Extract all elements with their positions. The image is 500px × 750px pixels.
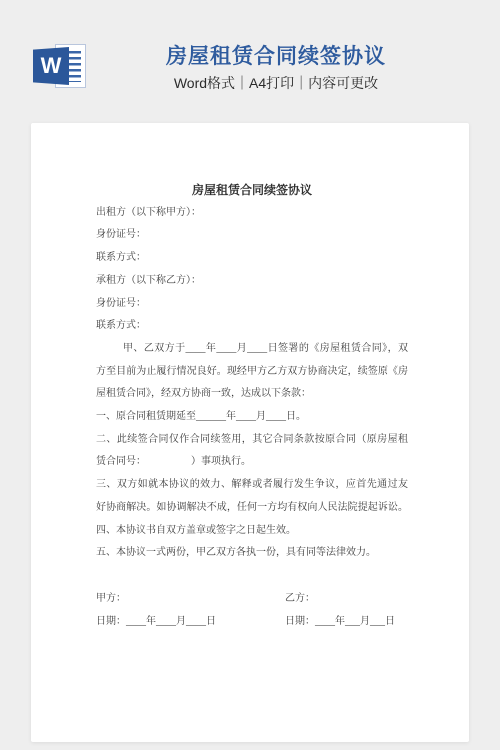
- document-body: 出租方（以下称甲方）： 身份证号： 联系方式： 承租方（以下称乙方）： 身份证号…: [96, 202, 408, 565]
- contract-clause-2-line-2: 赁合同号： ）事项执行。: [96, 451, 408, 474]
- contract-clause-4: 四、本协议书自双方盖章或签字之日起生效。: [96, 520, 408, 543]
- contract-clause-3-line-1: 三、双方如就本协议的效力、解释或者履行发生争议，应首先通过友: [96, 474, 408, 497]
- document-page: 房屋租赁合同续签协议 出租方（以下称甲方）： 身份证号： 联系方式： 承租方（以…: [31, 123, 469, 742]
- contract-line-lessor-id: 身份证号：: [96, 224, 408, 247]
- contract-preamble-line-2: 方至目前为止履行情况良好。现经甲方乙方双方协商决定，续签原《房: [96, 361, 408, 384]
- document-title: 房屋租赁合同续签协议: [96, 179, 408, 202]
- contract-clause-3-line-2: 好协商解决。如协调解决不成，任何一方均有权向人民法院提起诉讼。: [96, 497, 408, 520]
- signature-labels-row: 甲方： 乙方：: [96, 588, 408, 611]
- contract-line-lessee: 承租方（以下称乙方）：: [96, 270, 408, 293]
- contract-clause-5: 五、本协议一式两份，甲乙双方各执一份，具有同等法律效力。: [96, 542, 408, 565]
- signature-block: 甲方： 乙方： 日期：____年____月____日 日期：____年___月_…: [96, 588, 408, 633]
- signature-dates-row: 日期：____年____月____日 日期：____年___月___日: [96, 611, 408, 634]
- contract-preamble-line-3: 屋租赁合同》，经双方协商一致，达成以下条款：: [96, 383, 408, 406]
- signature-party-a-label: 甲方：: [96, 588, 285, 611]
- signature-party-a-date: 日期：____年____月____日: [96, 611, 285, 634]
- contract-preamble-line-1: 甲、乙双方于____年____月____日签署的《房屋租赁合同》，双: [96, 338, 408, 361]
- header: W 房屋租赁合同续签协议 Word格式｜A4打印｜内容可更改: [0, 0, 500, 123]
- contract-clause-1: 一、原合同租赁期延至______年____月____日。: [96, 406, 408, 429]
- contract-line-lessee-contact: 联系方式：: [96, 315, 408, 338]
- contract-line-lessee-id: 身份证号：: [96, 293, 408, 316]
- contract-clause-2-line-1: 二、此续签合同仅作合同续签用，其它合同条款按原合同（原房屋租: [96, 429, 408, 452]
- signature-party-b-date: 日期：____年___月___日: [285, 611, 408, 634]
- page-title: 房屋租赁合同续签协议: [52, 44, 500, 70]
- contract-line-lessor-contact: 联系方式：: [96, 247, 408, 270]
- header-text: 房屋租赁合同续签协议 Word格式｜A4打印｜内容可更改: [52, 44, 500, 92]
- contract-line-lessor: 出租方（以下称甲方）：: [96, 202, 408, 225]
- page-subtitle: Word格式｜A4打印｜内容可更改: [52, 74, 500, 92]
- signature-party-b-label: 乙方：: [285, 588, 408, 611]
